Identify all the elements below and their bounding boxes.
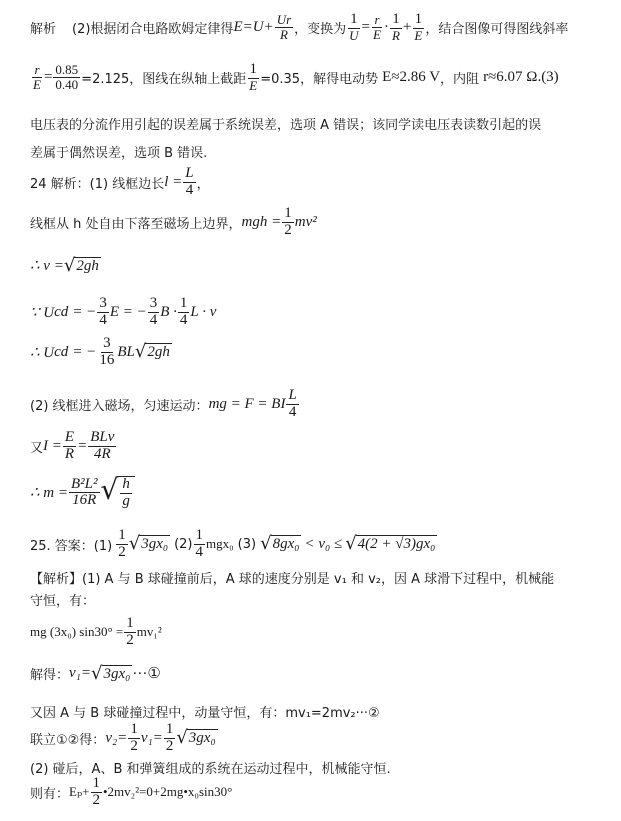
- equation: •2mv₂²=0+2mg•x₀sin30°: [103, 784, 232, 800]
- resistance-value: r≈6.07 Ω: [483, 69, 537, 86]
- text: =: [362, 19, 370, 36]
- equation: L · v: [190, 304, 216, 321]
- analysis-line-3: 电压表的分流作用引起的误差属于系统误差，选项 A 错误；该同学读电压表读数引起的…: [30, 114, 541, 133]
- fraction: 12: [128, 722, 140, 755]
- fraction: 14: [194, 528, 206, 561]
- text: =0.35，解得电动势: [260, 68, 378, 87]
- equation: < v₀ ≤: [304, 536, 342, 553]
- text: 线框从 h 处自由下落至磁场上边界，: [30, 213, 242, 232]
- fraction: B²L²16R: [69, 477, 100, 510]
- equation: = −: [72, 344, 96, 361]
- q24-line-4: ∵ Ucd = − 34 E = − 34 B · 14 L · v: [30, 296, 216, 329]
- q25-combine-line: 联立①②得： v₂= 12 v₁= 12 √3gx₀: [30, 722, 218, 755]
- equation: ∴ U: [30, 343, 54, 362]
- fraction: ER: [63, 430, 76, 463]
- equation: E=U+: [233, 19, 273, 36]
- q24-line-3: ∴ v = √2gh: [30, 256, 101, 275]
- equation: v₁=: [141, 730, 163, 747]
- subscript: cd: [54, 304, 68, 321]
- sqrt: √3gx₀: [129, 535, 170, 553]
- fraction: 1U: [347, 12, 360, 42]
- fraction: 12: [124, 616, 136, 649]
- equation: mg (3x₀) sin30° =: [30, 624, 123, 640]
- analysis-line-4: 差属于偶然误差，选项 B 错误.: [30, 142, 207, 161]
- fraction: 12: [164, 722, 176, 755]
- fraction: 34: [148, 296, 160, 329]
- equation: B ·: [160, 304, 177, 321]
- fraction: 12: [91, 776, 103, 809]
- sqrt: √4(2 + √3)gx₀: [345, 535, 437, 553]
- equation: mgh =: [242, 214, 282, 231]
- text: ·: [384, 19, 389, 36]
- equation: mv²: [295, 214, 317, 231]
- analysis-label: 解析: [30, 18, 56, 37]
- equation-tag: ···①: [132, 664, 160, 683]
- text: ，结合图像可得图线斜率: [425, 18, 568, 37]
- equation: I =: [43, 438, 62, 455]
- q25-part2-line: (2) 碰后，A、B 和弹簧组成的系统在运动过程中，机械能守恒.: [30, 758, 391, 777]
- q24-line-2: 线框从 h 处自由下落至磁场上边界， mgh = 12 mv²: [30, 206, 317, 239]
- text: ，内阻: [440, 68, 479, 87]
- q25-answer-line: 25. 答案：(1) 12 √3gx₀ (2) 14 mgx₀ (3) √8gx…: [30, 528, 437, 561]
- equation: v₂=: [105, 730, 127, 747]
- q24-line-8: ∴ m = B²L²16R √hg: [30, 476, 135, 510]
- text: 联立①②得：: [30, 729, 105, 748]
- fraction: 0.850.40: [53, 63, 80, 91]
- q24-line-7: 又 I = ER = BLv4R: [30, 430, 117, 463]
- fraction: rE: [31, 63, 43, 91]
- subscript: cd: [54, 344, 68, 361]
- analysis-line-1: 解析 (2)根据闭合电路欧姆定律得 E=U+ UrR ，变换为 1U = rE …: [30, 12, 568, 42]
- text: =2.125，图线在纵轴上截距: [81, 68, 246, 87]
- equation: =: [77, 438, 87, 455]
- equation: E = −: [110, 304, 147, 321]
- text: .(3): [537, 69, 558, 86]
- fraction: BLv4R: [88, 430, 116, 463]
- fraction: 12: [116, 528, 128, 561]
- q25-eq-1: mg (3x₀) sin30° = 12 mv₁²: [30, 616, 162, 649]
- sqrt: √2gh: [64, 257, 101, 275]
- q25-analysis-line-2: 守恒，有：: [30, 590, 95, 609]
- text: (2) 线框进入磁场，匀速运动：: [30, 395, 209, 414]
- q24-line-1: 24 解析：(1) 线框边长 l = L4 ，: [30, 166, 210, 199]
- fraction: L4: [183, 166, 195, 199]
- sqrt: √3gx₀: [176, 729, 217, 747]
- q25-solve-line: 解得： v₁= √3gx₀ ···①: [30, 664, 161, 683]
- equation: mg = F = BI: [209, 396, 286, 413]
- answer-label: 25. 答案：(1): [30, 535, 112, 554]
- text: ，: [197, 173, 210, 192]
- equation: mv₁²: [137, 624, 162, 640]
- text: ，变换为: [294, 18, 346, 37]
- q24-line-6: (2) 线框进入磁场，匀速运动： mg = F = BI L4: [30, 388, 300, 421]
- fraction: 316: [97, 336, 116, 369]
- q25-momentum-line: 又因 A 与 B 球碰撞过程中，动量守恒，有：mv₁=2mv₂···②: [30, 702, 380, 721]
- text: (2)根据闭合电路欧姆定律得: [72, 18, 233, 37]
- q25-analysis-line-1: 【解析】(1) A 与 B 球碰撞前后，A 球的速度分别是 v₁ 和 v₂，因 …: [30, 568, 554, 587]
- fraction: 1R: [390, 12, 402, 42]
- q25-final-eq: 则有： Eₚ+ 12 •2mv₂²=0+2mg•x₀sin30°: [30, 776, 232, 809]
- text: 解得：: [30, 664, 69, 683]
- fraction: rE: [371, 13, 383, 41]
- equation: Eₚ+: [69, 784, 89, 800]
- text: +: [403, 19, 411, 36]
- emf-value: E≈2.86 V: [382, 69, 440, 86]
- sqrt: √8gx₀: [260, 535, 301, 553]
- sqrt: √hg: [101, 476, 135, 510]
- equation: BL: [117, 344, 135, 361]
- equation: ∴ m =: [30, 483, 68, 502]
- equation: l =: [164, 174, 182, 191]
- equation: v₁=: [69, 665, 91, 682]
- fraction: L4: [286, 388, 298, 421]
- sqrt: √2gh: [135, 343, 172, 361]
- equation: = −: [72, 304, 96, 321]
- text: (3): [238, 537, 256, 552]
- text: 24 解析：(1) 线框边长: [30, 173, 164, 192]
- fraction: 34: [97, 296, 109, 329]
- equation: ∴ v =: [30, 256, 64, 275]
- q24-line-5: ∴ Ucd = − 316 BL √2gh: [30, 336, 172, 369]
- text: =: [44, 69, 52, 86]
- fraction: 14: [178, 296, 190, 329]
- text: 又: [30, 437, 43, 456]
- fraction: 1E: [412, 12, 424, 42]
- sqrt: √3gx₀: [91, 665, 132, 683]
- fraction: 12: [282, 206, 294, 239]
- text: mgx₀: [206, 536, 234, 552]
- analysis-line-2: rE = 0.850.40 =2.125，图线在纵轴上截距 1E =0.35，解…: [30, 62, 559, 92]
- equation: ∵ U: [30, 303, 54, 322]
- text: (2): [174, 537, 192, 552]
- fraction: 1E: [247, 62, 259, 92]
- text: 则有：: [30, 783, 69, 802]
- fraction: UrR: [275, 13, 293, 41]
